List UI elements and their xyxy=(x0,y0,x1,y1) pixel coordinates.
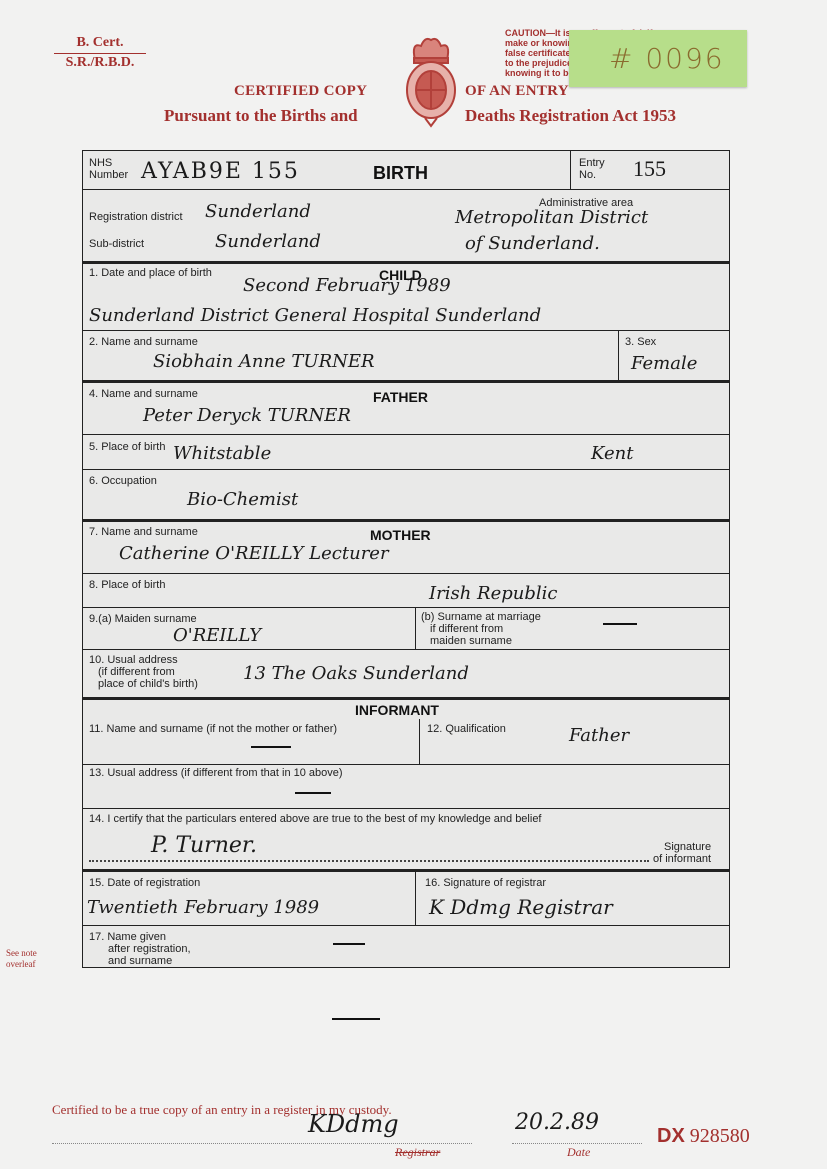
registrar-signature: K Ddmg Registrar xyxy=(429,895,613,919)
registration-district: Sunderland xyxy=(205,201,311,222)
child-name: Siobhain Anne TURNER xyxy=(153,351,375,372)
informant-address-label: 13. Usual address (if different from tha… xyxy=(89,767,343,779)
name-after-registration-label: 17. Name given after registration, and s… xyxy=(89,931,191,967)
signature-of-informant-label: Signature of informant xyxy=(653,841,711,865)
father-name-label: 4. Name and surname xyxy=(89,388,198,400)
usual-address-label: 10. Usual address (if different from pla… xyxy=(89,654,198,690)
father-birthplace-town: Whitstable xyxy=(173,443,271,464)
entry-label-line: Entry xyxy=(579,157,605,169)
usual-address: 13 The Oaks Sunderland xyxy=(243,663,469,684)
administrative-area-line2: of Sunderland. xyxy=(465,233,600,254)
label-line: of informant xyxy=(653,853,711,865)
registrar-signature-label: 16. Signature of registrar xyxy=(425,877,546,889)
maiden-surname: O'REILLY xyxy=(173,625,261,646)
form-code-line1: B. Cert. xyxy=(54,34,146,54)
sticky-note: # 0096 xyxy=(569,30,747,87)
father-occupation: Bio-Chemist xyxy=(187,489,298,510)
nhs-label-line: Number xyxy=(89,169,128,181)
maiden-surname-label: 9.(a) Maiden surname xyxy=(89,613,197,625)
label-line: Signature xyxy=(653,841,711,853)
entry-no-label: Entry No. xyxy=(579,157,605,181)
sub-district-label: Sub-district xyxy=(89,238,144,250)
date-place-of-birth-label: 1. Date and place of birth xyxy=(89,267,212,279)
date-of-registration: Twentieth February 1989 xyxy=(87,897,319,918)
birth-certificate-form: NHS Number AYAB9E 155 BIRTH Entry No. 15… xyxy=(82,150,730,968)
mother-birthplace: Irish Republic xyxy=(429,583,557,604)
label-line: 10. Usual address xyxy=(89,654,198,666)
mother-birthplace-label: 8. Place of birth xyxy=(89,579,165,591)
father-birthplace-county: Kent xyxy=(591,443,633,464)
label-line: after registration, xyxy=(89,943,191,955)
father-name: Peter Deryck TURNER xyxy=(143,405,351,426)
title-certified-copy: CERTIFIED COPY xyxy=(234,83,367,100)
serial-digits: 928580 xyxy=(690,1125,750,1147)
informant-name-blank xyxy=(251,746,291,748)
name-after-registration-blank xyxy=(333,943,365,945)
label-line: if different from xyxy=(421,623,541,635)
title-act: Deaths Registration Act 1953 xyxy=(465,106,676,126)
record-type: BIRTH xyxy=(373,163,428,184)
qualification: Father xyxy=(569,725,629,746)
nhs-number-label: NHS Number xyxy=(89,157,128,181)
title-pursuant: Pursuant to the Births and xyxy=(164,106,358,126)
father-occupation-label: 6. Occupation xyxy=(89,475,157,487)
certify-statement: 14. I certify that the particulars enter… xyxy=(89,813,542,825)
footer-registrar-signature: KDdmg xyxy=(308,1110,399,1138)
form-code-line2: S.R./R.B.D. xyxy=(54,54,146,72)
entry-number: 155 xyxy=(633,156,666,182)
registrar-signature-line xyxy=(52,1143,472,1144)
note-line: overleaf xyxy=(6,959,37,970)
father-birthplace-label: 5. Place of birth xyxy=(89,441,165,453)
see-note-overleaf: See note overleaf xyxy=(6,948,37,970)
sticky-note-text: # 0096 xyxy=(609,42,725,75)
label-line: 17. Name given xyxy=(89,931,191,943)
serial-prefix: DX xyxy=(657,1125,685,1147)
date-label: Date xyxy=(567,1145,590,1160)
form-code: B. Cert. S.R./R.B.D. xyxy=(54,34,146,72)
signature-line xyxy=(89,860,649,862)
informant-signature: P. Turner. xyxy=(151,833,257,858)
child-sex-label: 3. Sex xyxy=(625,336,656,348)
label-line: (if different from xyxy=(89,666,198,678)
date-line xyxy=(512,1143,642,1144)
label-line: maiden surname xyxy=(421,635,541,647)
child-place-of-birth: Sunderland District General Hospital Sun… xyxy=(89,305,541,326)
child-date-of-birth: Second February 1989 xyxy=(243,275,451,296)
section-mother: MOTHER xyxy=(370,527,431,543)
surname-at-marriage-label: (b) Surname at marriage if different fro… xyxy=(421,611,541,647)
mother-name: Catherine O'REILLY Lecturer xyxy=(119,543,389,564)
footer-date: 20.2.89 xyxy=(515,1110,599,1135)
label-line: place of child's birth) xyxy=(89,678,198,690)
administrative-area-line1: Metropolitan District xyxy=(455,207,648,228)
title-of-an-entry: OF AN ENTRY xyxy=(465,83,569,100)
informant-name-label: 11. Name and surname (if not the mother … xyxy=(89,723,337,735)
child-name-label: 2. Name and surname xyxy=(89,336,198,348)
qualification-label: 12. Qualification xyxy=(427,723,506,735)
surname-at-marriage-blank xyxy=(603,623,637,625)
note-line: See note xyxy=(6,948,37,959)
serial-number: DX 928580 xyxy=(657,1125,750,1148)
stray-dash-mark xyxy=(332,1018,380,1020)
child-sex: Female xyxy=(631,353,697,374)
label-line: (b) Surname at marriage xyxy=(421,611,541,623)
section-informant: INFORMANT xyxy=(355,702,439,718)
label-line: and surname xyxy=(89,955,191,967)
section-father: FATHER xyxy=(373,389,428,405)
entry-label-line: No. xyxy=(579,169,605,181)
nhs-label-line: NHS xyxy=(89,157,128,169)
date-of-registration-label: 15. Date of registration xyxy=(89,877,200,889)
nhs-number: AYAB9E 155 xyxy=(141,159,300,184)
sub-district: Sunderland xyxy=(215,231,321,252)
royal-crest-icon xyxy=(401,34,461,130)
registrar-label: Registrar xyxy=(395,1145,440,1160)
mother-name-label: 7. Name and surname xyxy=(89,526,198,538)
informant-address-blank xyxy=(295,792,331,794)
registration-district-label: Registration district xyxy=(89,211,183,223)
